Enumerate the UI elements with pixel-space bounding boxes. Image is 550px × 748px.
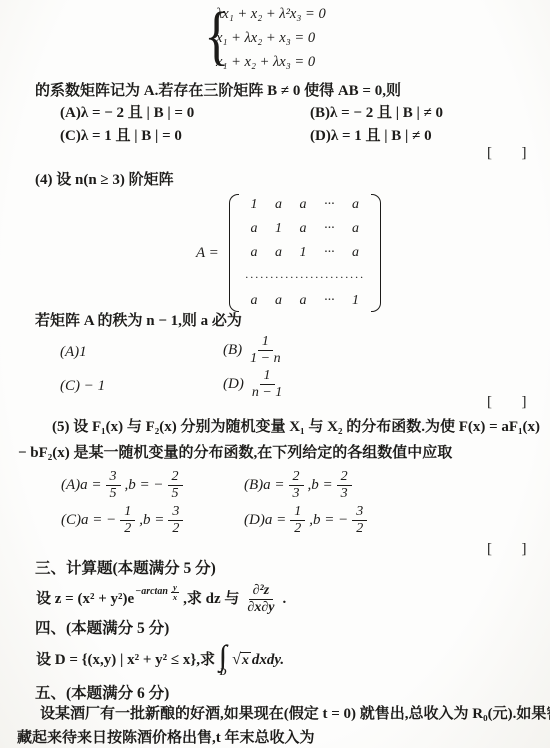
matrix-lhs: A = <box>196 244 219 263</box>
q5-option-b: (B)a = 2 3 ,b = 2 3 <box>243 468 355 502</box>
section5-line2: 藏起来待来日按陈酒价格出售,t 年末总收入为 <box>17 729 315 748</box>
system-equation-3: x₁ + x₂ + λx₃ = 0 <box>216 54 326 71</box>
fraction-numerator: 3 <box>168 504 183 521</box>
fraction-numerator: 1 <box>260 368 275 385</box>
fraction-numerator: 1 <box>258 334 273 351</box>
q3-option-b: (B)λ = − 2 且 | B | ≠ 0 <box>310 104 443 123</box>
q5-answer-box: [ ] <box>487 540 528 559</box>
matrix-row-5: a a a ··· 1 <box>245 293 365 309</box>
q4-option-a: (A)1 <box>60 343 87 362</box>
left-paren <box>229 194 239 312</box>
section3-heading: 三、计算题(本题满分 5 分) <box>35 559 216 578</box>
q5-option-c-fraction-1: 1 2 <box>120 504 135 536</box>
fraction-numerator: 3 <box>106 469 121 486</box>
q5-option-b-prefix: (B)a = <box>244 476 285 495</box>
fraction-denominator: 3 <box>289 486 304 502</box>
q4-option-d-label: (D) <box>223 375 244 394</box>
fraction-denominator: 5 <box>168 486 183 502</box>
q4-option-b: (B) 1 1 − n <box>222 332 288 368</box>
exponent-fraction: y x <box>169 583 181 602</box>
integral-symbol: ∫∫ <box>219 641 227 671</box>
exponent-text: −arctan <box>135 586 168 599</box>
q5-stem-line1: (5) 设 F₁(x) 与 F₂(x) 分别为随机变量 X₁ 与 X₂ 的分布函… <box>52 418 540 437</box>
section5-line1: 设某酒厂有一批新酿的好酒,如果现在(假定 t = 0) 就售出,总收入为 R₀(… <box>40 705 550 724</box>
fraction-numerator: 2 <box>337 469 352 486</box>
q3-answer-box: [ ] <box>487 144 528 163</box>
section5-heading: 五、(本题满分 6 分) <box>35 684 169 703</box>
q5-option-a-fraction-1: 3 5 <box>106 469 121 501</box>
q4-answer-box: [ ] <box>487 393 528 412</box>
q3-option-a: (A)λ = − 2 且 | B | = 0 <box>60 104 194 123</box>
fraction-numerator: 1 <box>290 504 305 521</box>
q5-option-a: (A)a = 3 5 ,b = − 2 5 <box>60 468 186 502</box>
radicand: x <box>240 652 251 668</box>
fraction-denominator: n − 1 <box>248 385 286 401</box>
exponent: −arctan y x <box>135 583 182 602</box>
square-root: √ x <box>232 652 251 668</box>
fraction-denominator: ∂x∂y <box>243 600 278 616</box>
q5-option-c-middle: ,b = <box>139 511 164 530</box>
fraction-denominator: 5 <box>106 486 121 502</box>
section3-body: 设 z = (x² + y²)e −arctan y x ,求 dz 与 ∂²z… <box>35 581 287 617</box>
q5-option-d-prefix: (D)a = <box>244 511 286 530</box>
matrix-row-2: a 1 a ··· a <box>245 221 365 237</box>
q4-option-d: (D) 1 n − 1 <box>222 366 289 402</box>
q5-option-c-fraction-2: 3 2 <box>168 504 183 536</box>
section4-body: 设 D = {(x,y) | x² + y² ≤ x},求 ∫∫ D √ x d… <box>35 640 285 680</box>
q5-option-a-middle: ,b = − <box>125 476 164 495</box>
q3-option-c: (C)λ = 1 且 | B | = 0 <box>60 127 182 146</box>
section4-body-end: dxdy. <box>252 651 284 670</box>
partial-derivative-fraction: ∂²z ∂x∂y <box>243 583 278 615</box>
fraction-numerator: 1 <box>120 504 135 521</box>
q5-option-d-fraction-2: 3 2 <box>352 504 367 536</box>
matrix-body: 1 a a ··· a a 1 a ··· a a a 1 ··· a ····… <box>229 194 381 312</box>
fraction-denominator: 2 <box>352 521 367 537</box>
fraction-numerator: y <box>171 583 179 593</box>
matrix-row-dots: ························ <box>245 269 365 285</box>
q4-stem: 若矩阵 A 的秩为 n − 1,则 a 必为 <box>35 312 242 331</box>
q4-option-b-fraction: 1 1 − n <box>246 334 284 366</box>
q5-option-c: (C)a = − 1 2 ,b = 3 2 <box>60 503 186 537</box>
integral-domain-label: D <box>220 668 227 680</box>
q4-matrix: A = 1 a a ··· a a 1 a ··· a a a 1 ··· a … <box>196 194 381 312</box>
fraction-denominator: 2 <box>168 521 183 537</box>
equation-system: λx₁ + x₂ + λ²x₃ = 0 x₁ + λx₂ + x₃ = 0 x₁… <box>216 6 326 78</box>
q5-option-b-fraction-2: 2 3 <box>337 469 352 501</box>
q4-intro: (4) 设 n(n ≥ 3) 阶矩阵 <box>35 171 174 190</box>
matrix-row-1: 1 a a ··· a <box>245 197 365 213</box>
q5-option-c-prefix: (C)a = − <box>61 511 116 530</box>
system-equation-1: λx₁ + x₂ + λ²x₃ = 0 <box>216 6 326 23</box>
section4-heading: 四、(本题满分 5 分) <box>35 619 169 638</box>
q5-option-b-middle: ,b = <box>308 476 333 495</box>
right-paren <box>371 194 381 312</box>
fraction-denominator: x <box>169 593 181 602</box>
exam-page: { λx₁ + x₂ + λ²x₃ = 0 x₁ + λx₂ + x₃ = 0 … <box>0 0 550 748</box>
fraction-numerator: 2 <box>168 469 183 486</box>
q5-option-d-middle: ,b = − <box>309 511 348 530</box>
q5-option-b-fraction-1: 2 3 <box>289 469 304 501</box>
q3-option-d: (D)λ = 1 且 | B | ≠ 0 <box>310 127 432 146</box>
q5-option-d-fraction-1: 1 2 <box>290 504 305 536</box>
double-integral: ∫∫ D <box>219 641 227 680</box>
q3-stem: 的系数矩阵记为 A.若存在三阶矩阵 B ≠ 0 使得 AB = 0,则 <box>35 82 401 101</box>
matrix-rows: 1 a a ··· a a 1 a ··· a a a 1 ··· a ····… <box>239 194 371 312</box>
q5-stem-line2: − bF₂(x) 是某一随机变量的分布函数,在下列给定的各组数值中应取 <box>18 444 452 463</box>
system-equation-2: x₁ + λx₂ + x₃ = 0 <box>216 30 326 47</box>
q4-option-d-fraction: 1 n − 1 <box>248 368 286 400</box>
q5-option-a-prefix: (A)a = <box>61 476 102 495</box>
fraction-denominator: 3 <box>337 486 352 502</box>
fraction-denominator: 1 − n <box>246 351 284 367</box>
section3-body-pre: 设 z = (x² + y²)e <box>36 590 134 609</box>
q4-option-b-label: (B) <box>223 341 242 360</box>
fraction-numerator: 3 <box>352 504 367 521</box>
fraction-denominator: 2 <box>120 521 135 537</box>
q5-option-d: (D)a = 1 2 ,b = − 3 2 <box>243 503 370 537</box>
section4-body-pre: 设 D = {(x,y) | x² + y² ≤ x},求 <box>36 651 215 670</box>
q5-option-a-fraction-2: 2 5 <box>168 469 183 501</box>
section3-body-end: . <box>282 590 286 609</box>
section3-body-mid: ,求 dz 与 <box>183 590 239 609</box>
fraction-numerator: ∂²z <box>249 583 274 600</box>
fraction-numerator: 2 <box>289 469 304 486</box>
q4-option-c: (C) − 1 <box>60 377 105 396</box>
fraction-denominator: 2 <box>290 521 305 537</box>
matrix-row-3: a a 1 ··· a <box>245 245 365 261</box>
